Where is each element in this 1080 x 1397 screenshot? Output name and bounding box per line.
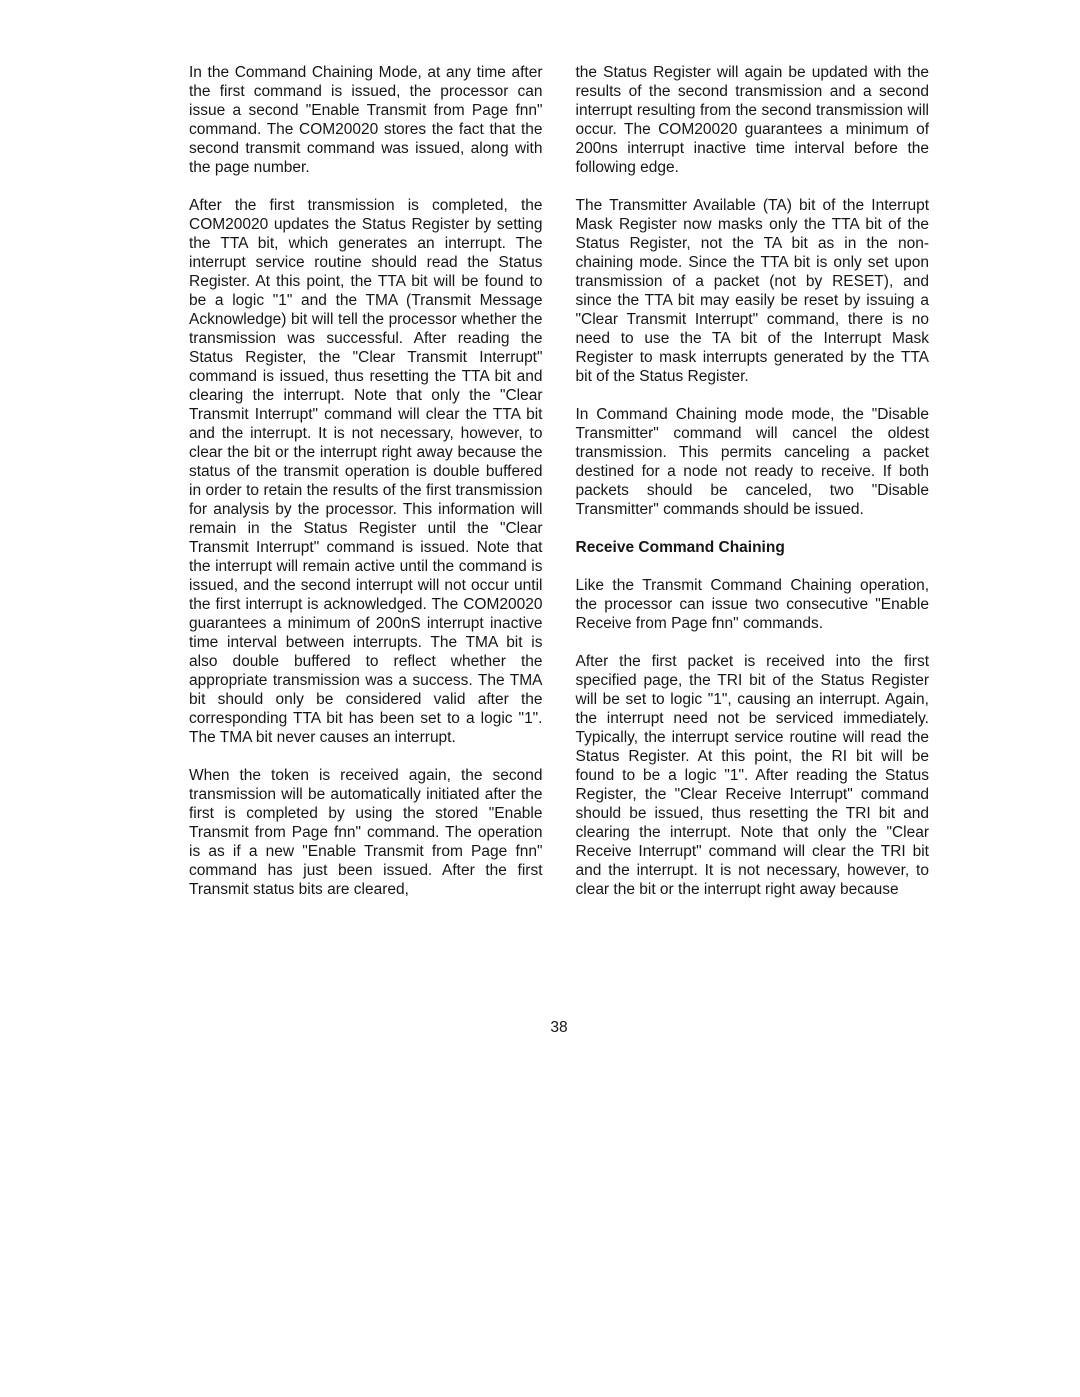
text-columns: In the Command Chaining Mode, at any tim…	[189, 63, 929, 918]
page-number: 38	[189, 1018, 929, 1037]
paragraph: The Transmitter Available (TA) bit of th…	[576, 196, 930, 386]
paragraph: In the Command Chaining Mode, at any tim…	[189, 63, 543, 177]
paragraph: the Status Register will again be update…	[576, 63, 930, 177]
paragraph: After the first transmission is complete…	[189, 196, 543, 747]
paragraph: When the token is received again, the se…	[189, 766, 543, 899]
section-heading: Receive Command Chaining	[576, 538, 930, 557]
paragraph: After the first packet is received into …	[576, 652, 930, 899]
left-column: In the Command Chaining Mode, at any tim…	[189, 63, 543, 918]
right-column: the Status Register will again be update…	[576, 63, 930, 918]
paragraph: In Command Chaining mode mode, the "Disa…	[576, 405, 930, 519]
document-page: In the Command Chaining Mode, at any tim…	[0, 0, 1080, 1397]
paragraph: Like the Transmit Command Chaining opera…	[576, 576, 930, 633]
